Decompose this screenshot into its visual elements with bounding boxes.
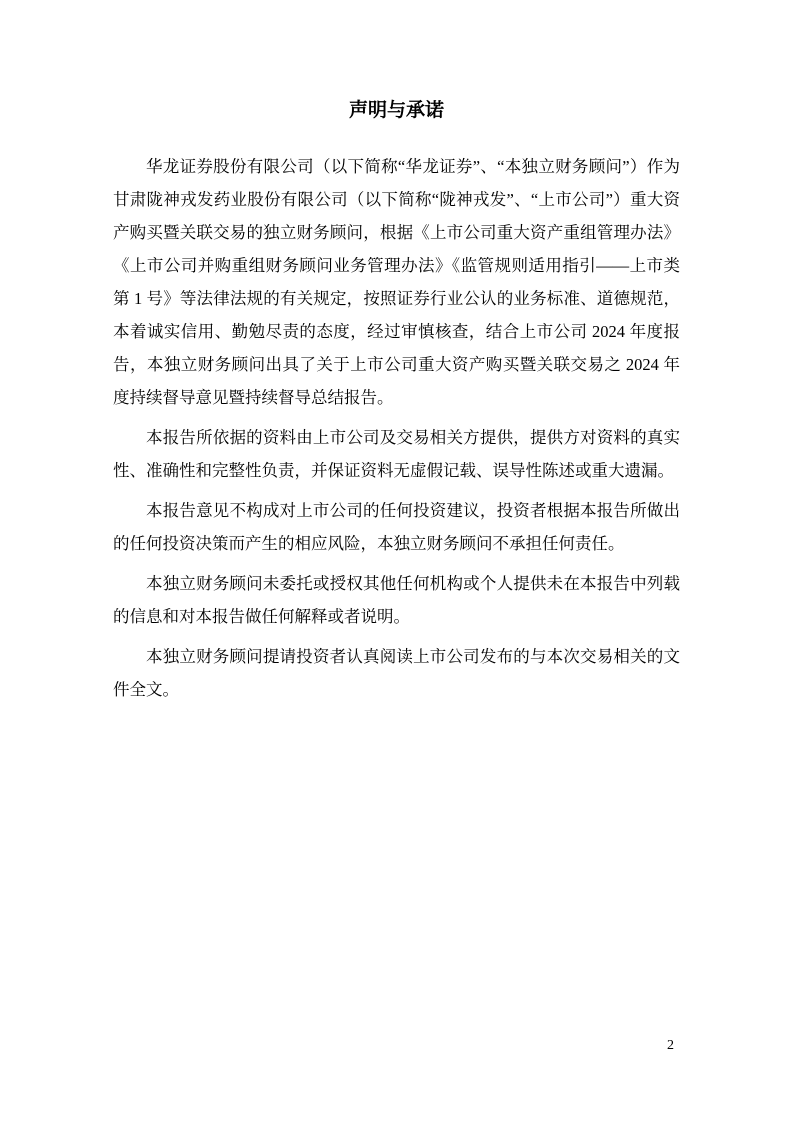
paragraph-5: 本独立财务顾问提请投资者认真阅读上市公司发布的与本次交易相关的文件全文。 bbox=[113, 640, 680, 706]
paragraph-1: 华龙证券股份有限公司（以下简称“华龙证券”、“本独立财务顾问”）作为甘肃陇神戎发… bbox=[113, 150, 680, 414]
paragraph-3: 本报告意见不构成对上市公司的任何投资建议，投资者根据本报告所做出的任何投资决策而… bbox=[113, 494, 680, 560]
paragraph-2: 本报告所依据的资料由上市公司及交易相关方提供，提供方对资料的真实性、准确性和完整… bbox=[113, 421, 680, 487]
page-title: 声明与承诺 bbox=[113, 96, 680, 126]
paragraph-4: 本独立财务顾问未委托或授权其他任何机构或个人提供未在本报告中列载的信息和对本报告… bbox=[113, 567, 680, 633]
page-number: 2 bbox=[667, 1038, 674, 1054]
document-page: 声明与承诺 华龙证券股份有限公司（以下简称“华龙证券”、“本独立财务顾问”）作为… bbox=[0, 0, 794, 1122]
document-content: 声明与承诺 华龙证券股份有限公司（以下简称“华龙证券”、“本独立财务顾问”）作为… bbox=[113, 96, 680, 713]
